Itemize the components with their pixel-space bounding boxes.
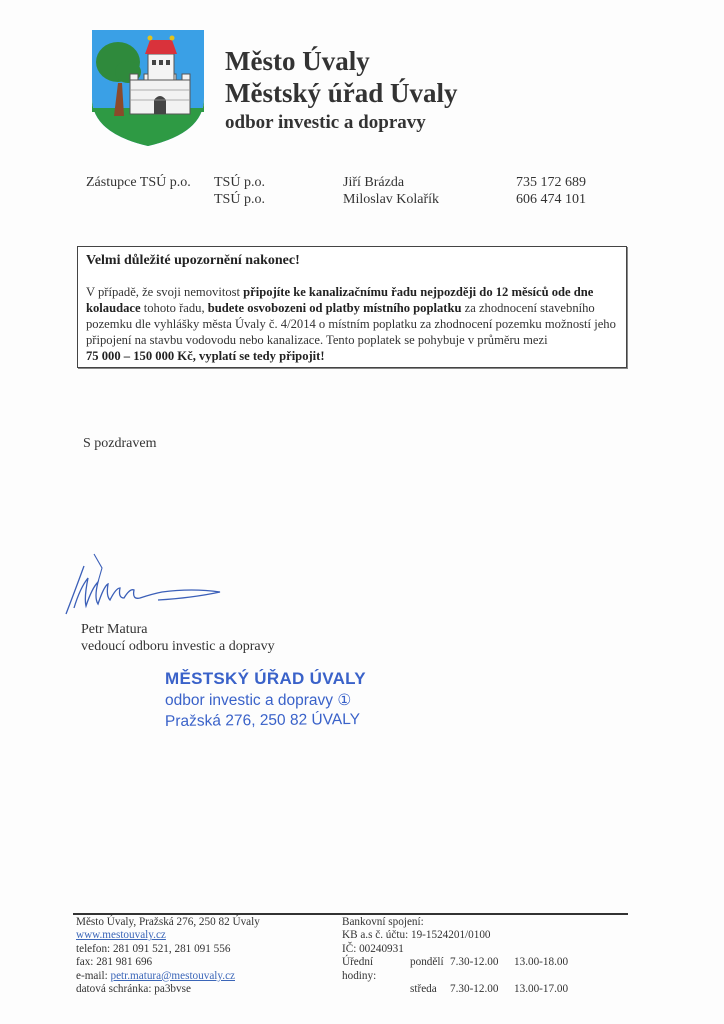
email-label: e-mail: — [76, 970, 110, 982]
hours-row: Úřední hodiny: pondělí 7.30-12.00 13.00-… — [342, 956, 568, 983]
footer-contact: Město Úvaly, Pražská 276, 250 82 Úvaly w… — [76, 916, 260, 996]
hours-day: středa — [410, 983, 450, 996]
contact-phone: 735 172 689 — [516, 174, 586, 191]
company-id: IČ: 00240931 — [342, 943, 568, 956]
contacts-org-column: TSÚ p.o. TSÚ p.o. — [214, 174, 265, 208]
signature — [62, 548, 242, 618]
hours-row: středa 7.30-12.00 13.00-17.00 — [342, 983, 568, 996]
contact-name: Jiří Brázda — [343, 174, 439, 191]
bank-label: Bankovní spojení: — [342, 916, 568, 929]
notice-emphasis: budete osvobozeni od platby místního pop… — [208, 301, 462, 315]
contacts-phone-column: 735 172 689 606 474 101 — [516, 174, 586, 208]
signer-block: Petr Matura vedoucí odboru investic a do… — [81, 621, 275, 655]
signer-role: vedoucí odboru investic a dopravy — [81, 638, 275, 655]
office-stamp: MĚSTSKÝ ÚŘAD ÚVALY odbor investic a dopr… — [165, 668, 366, 732]
department-name: odbor investic a dopravy — [225, 112, 426, 134]
footer-address: Město Úvaly, Pražská 276, 250 82 Úvaly — [76, 916, 260, 929]
hours-afternoon: 13.00-18.00 — [514, 956, 568, 983]
important-notice-box: Velmi důležité upozornění nakonec! V pří… — [77, 246, 627, 368]
notice-title: Velmi důležité upozornění nakonec! — [86, 253, 300, 269]
hours-morning: 7.30-12.00 — [450, 956, 514, 983]
contacts-label: Zástupce TSÚ p.o. — [86, 174, 191, 191]
notice-text: tohoto řadu, — [141, 301, 208, 315]
hours-morning: 7.30-12.00 — [450, 983, 514, 996]
coat-of-arms-logo — [88, 28, 208, 148]
contact-org: TSÚ p.o. — [214, 174, 265, 191]
hours-spacer — [342, 983, 410, 996]
bank-account: KB a.s č. účtu: 19-1524201/0100 — [342, 929, 568, 942]
contact-name: Miloslav Kolařík — [343, 191, 439, 208]
stamp-office: MĚSTSKÝ ÚŘAD ÚVALY — [165, 668, 366, 690]
notice-body: V případě, že svoji nemovitost připojíte… — [86, 284, 624, 364]
footer-phone: telefon: 281 091 521, 281 091 556 — [76, 943, 260, 956]
notice-text: V případě, že svoji nemovitost — [86, 285, 243, 299]
signer-name: Petr Matura — [81, 621, 275, 638]
hours-day: pondělí — [410, 956, 450, 983]
footer-bank-hours: Bankovní spojení: KB a.s č. účtu: 19-152… — [342, 916, 568, 996]
footer-databox: datová schránka: pa3bvse — [76, 983, 260, 996]
stamp-department: odbor investic a dopravy ① — [165, 690, 366, 711]
contact-phone: 606 474 101 — [516, 191, 586, 208]
stamp-address: Pražská 276, 250 82 ÚVALY — [165, 709, 366, 732]
city-name: Město Úvaly — [225, 46, 370, 76]
contacts-name-column: Jiří Brázda Miloslav Kolařík — [343, 174, 439, 208]
email-link[interactable]: petr.matura@mestouvaly.cz — [110, 970, 235, 982]
footer-fax: fax: 281 981 696 — [76, 956, 260, 969]
footer-divider — [73, 913, 628, 915]
notice-emphasis: 75 000 – 150 000 Kč, vyplatí se tedy při… — [86, 349, 325, 363]
greeting: S pozdravem — [83, 436, 156, 452]
contact-org: TSÚ p.o. — [214, 191, 265, 208]
hours-afternoon: 13.00-17.00 — [514, 983, 568, 996]
hours-label: Úřední hodiny: — [342, 956, 410, 983]
website-link[interactable]: www.mestouvaly.cz — [76, 929, 166, 941]
office-name: Městský úřad Úvaly — [225, 78, 458, 108]
